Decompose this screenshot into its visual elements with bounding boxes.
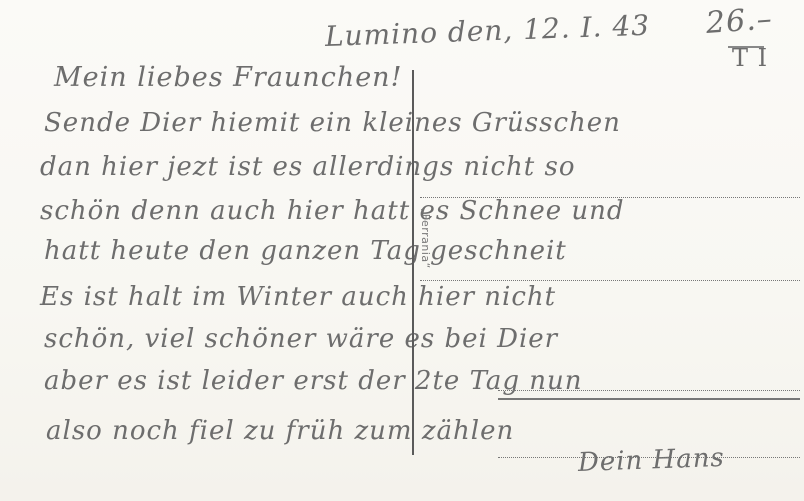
body-line-3: schön denn auch hier hatt es Schnee und [40, 196, 625, 226]
body-line-4: hatt heute den ganzen Tag geschneit [44, 236, 567, 266]
body-line-5: Es ist halt im Winter auch hier nicht [40, 282, 556, 312]
price-mark: 26.– [705, 1, 774, 41]
salutation: Mein liebes Fraunchen! [54, 62, 402, 93]
signature: Dein Hans [577, 443, 725, 478]
address-line-3-underline [498, 398, 800, 400]
center-divider [412, 70, 414, 455]
publisher-mark: „Ferrania“ [419, 208, 432, 269]
address-line-2 [420, 280, 800, 281]
place-date: Lumino den, 12. I. 43 [324, 9, 650, 53]
body-line-1: Sende Dier hiemit ein kleines Grüsschen [44, 108, 621, 138]
address-line-3 [498, 390, 800, 391]
address-line-4 [498, 457, 800, 458]
body-line-8: also noch fiel zu früh zum zählen [46, 416, 514, 446]
postcard-back: Lumino den, 12. I. 43 26.– T I Mein lieb… [0, 0, 804, 501]
code-overline [728, 46, 764, 48]
address-line-1 [420, 197, 800, 198]
body-line-7: aber es ist leider erst der 2te Tag nun [44, 366, 583, 396]
body-line-2: dan hier jezt ist es allerdings nicht so [40, 152, 576, 182]
code-mark: T I [732, 44, 768, 72]
body-line-6: schön, viel schöner wäre es bei Dier [44, 324, 558, 354]
